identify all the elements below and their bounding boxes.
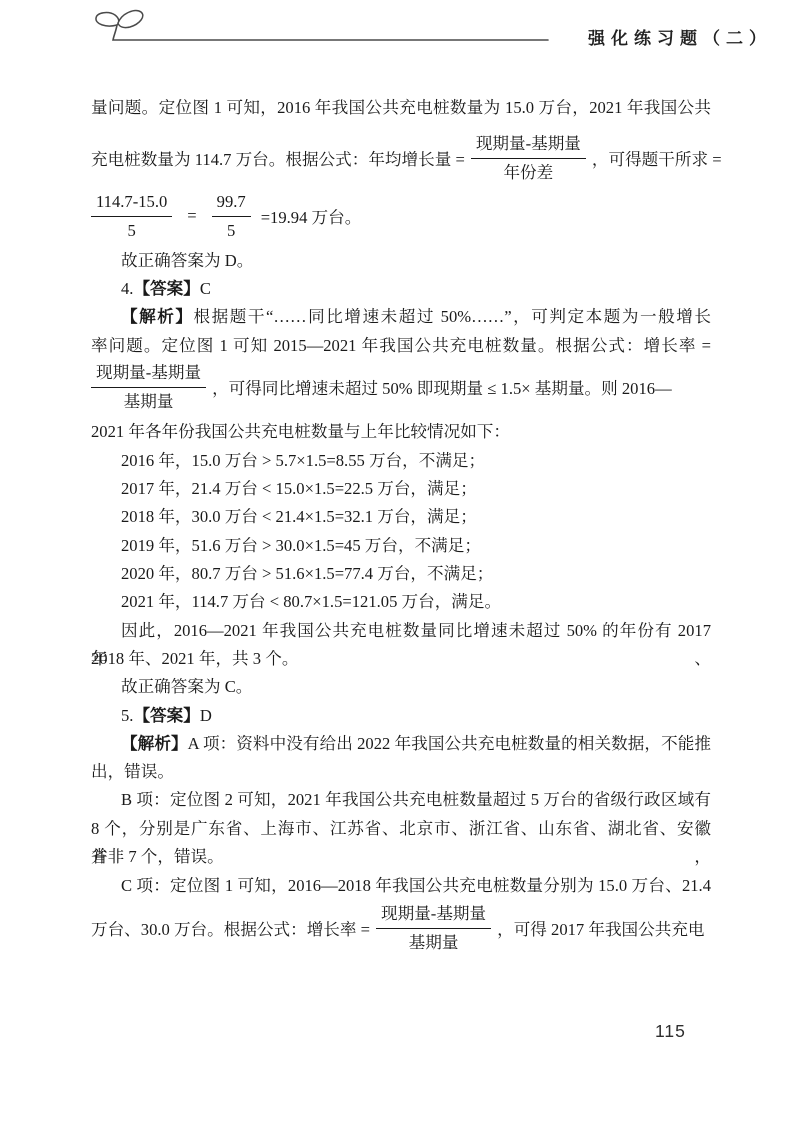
- page-number: 115: [655, 1021, 686, 1042]
- fraction: 现期量-基期量 年份差: [471, 133, 586, 184]
- text-line: 出，错误。: [91, 758, 711, 786]
- analysis-line: 【解析】A 项：资料中没有给出 2022 年我国公共充电桩数量的相关数据，不能推: [91, 730, 711, 758]
- fraction-numerator: 99.7: [212, 191, 251, 217]
- text-line: 2021 年各年份我国公共充电桩数量与上年比较情况如下：: [91, 418, 711, 446]
- formula-text: 万台、30.0 万台。根据公式：增长率 =: [91, 916, 370, 940]
- fraction-denominator: 基期量: [409, 929, 459, 954]
- year-comparison-line: 2021 年，114.7 万台 < 80.7×1.5=121.05 万台，满足。: [91, 588, 711, 616]
- fraction-denominator: 5: [227, 217, 235, 242]
- text-line: B 项：定位图 2 可知，2021 年我国公共充电桩数量超过 5 万台的省级行政…: [91, 786, 711, 814]
- conclusion-line: 故正确答案为 D。: [91, 247, 711, 275]
- answer-letter: C: [200, 279, 211, 298]
- question-number: 5.: [121, 706, 133, 725]
- book-page: 强化练习题（二） 量问题。定位图 1 可知，2016 年我国公共充电桩数量为 1…: [0, 0, 800, 1128]
- fraction: 现期量-基期量 基期量: [376, 903, 491, 954]
- year-comparison-line: 2017 年，21.4 万台 < 15.0×1.5=22.5 万台，满足；: [91, 475, 711, 503]
- page-header-title: 强化练习题（二）: [588, 24, 772, 49]
- year-comparison-line: 2016 年，15.0 万台 > 5.7×1.5=8.55 万台，不满足；: [91, 447, 711, 475]
- formula-row: 万台、30.0 万台。根据公式：增长率 = 现期量-基期量 基期量 ，可得 20…: [91, 899, 711, 957]
- sprout-icon: [86, 3, 556, 47]
- text-line: 量问题。定位图 1 可知，2016 年我国公共充电桩数量为 15.0 万台，20…: [91, 94, 711, 122]
- formula-text: ，可得题干所求 =: [592, 146, 722, 170]
- fraction-numerator: 114.7-15.0: [91, 191, 172, 217]
- fraction: 现期量-基期量 基期量: [91, 362, 206, 413]
- formula-text: 充电桩数量为 114.7 万台。根据公式：年均增长量 =: [91, 146, 465, 170]
- fraction-denominator: 5: [128, 217, 136, 242]
- year-comparison-line: 2020 年，80.7 万台 > 51.6×1.5=77.4 万台，不满足；: [91, 560, 711, 588]
- text-line: 2018 年、2021 年，共 3 个。: [91, 645, 711, 673]
- fraction: 114.7-15.0 5: [91, 191, 172, 242]
- analysis-text: A 项：资料中没有给出 2022 年我国公共充电桩数量的相关数据，不能推: [188, 734, 711, 753]
- text-line: 率问题。定位图 1 可知 2015—2021 年我国公共充电桩数量。根据公式：增…: [91, 332, 711, 360]
- answer-heading: 5.【答案】D: [91, 702, 711, 730]
- answer-tag: 【答案】: [133, 279, 199, 298]
- fraction-denominator: 基期量: [124, 388, 174, 413]
- answer-heading: 4.【答案】C: [91, 275, 711, 303]
- fraction: 99.7 5: [212, 191, 251, 242]
- text-line: 并非 7 个，错误。: [91, 843, 711, 871]
- year-comparison-line: 2019 年，51.6 万台 > 30.0×1.5=45 万台，不满足；: [91, 532, 711, 560]
- formula-row: 现期量-基期量 基期量 ，可得同比增速未超过 50% 即现期量 ≤ 1.5× 基…: [91, 358, 711, 416]
- question-number: 4.: [121, 279, 133, 298]
- analysis-line: 【解析】根据题干“……同比增速未超过 50%……”，可判定本题为一般增长: [91, 303, 711, 331]
- analysis-tag: 【解析】: [121, 734, 188, 753]
- fraction-numerator: 现期量-基期量: [471, 133, 586, 159]
- formula-text: ，可得 2017 年我国公共充电: [497, 916, 704, 940]
- fraction-denominator: 年份差: [503, 159, 553, 184]
- answer-letter: D: [200, 706, 212, 725]
- year-comparison-line: 2018 年，30.0 万台 < 21.4×1.5=32.1 万台，满足；: [91, 503, 711, 531]
- analysis-tag: 【解析】: [121, 307, 194, 326]
- fraction-numerator: 现期量-基期量: [91, 362, 206, 388]
- formula-text: ，可得同比增速未超过 50% 即现期量 ≤ 1.5× 基期量。则 2016—: [212, 375, 672, 399]
- formula-row: 114.7-15.0 5 = 99.7 5 =19.94 万台。: [91, 187, 711, 245]
- analysis-text: 根据题干“……同比增速未超过 50%……”，可判定本题为一般增长: [194, 307, 712, 326]
- formula-result: =19.94 万台。: [261, 204, 362, 228]
- text-line: C 项：定位图 1 可知，2016—2018 年我国公共充电桩数量分别为 15.…: [91, 872, 711, 900]
- fraction-numerator: 现期量-基期量: [376, 903, 491, 929]
- conclusion-line: 故正确答案为 C。: [91, 673, 711, 701]
- answer-tag: 【答案】: [133, 706, 199, 725]
- formula-row: 充电桩数量为 114.7 万台。根据公式：年均增长量 = 现期量-基期量 年份差…: [91, 129, 711, 187]
- equals-sign: =: [187, 206, 196, 226]
